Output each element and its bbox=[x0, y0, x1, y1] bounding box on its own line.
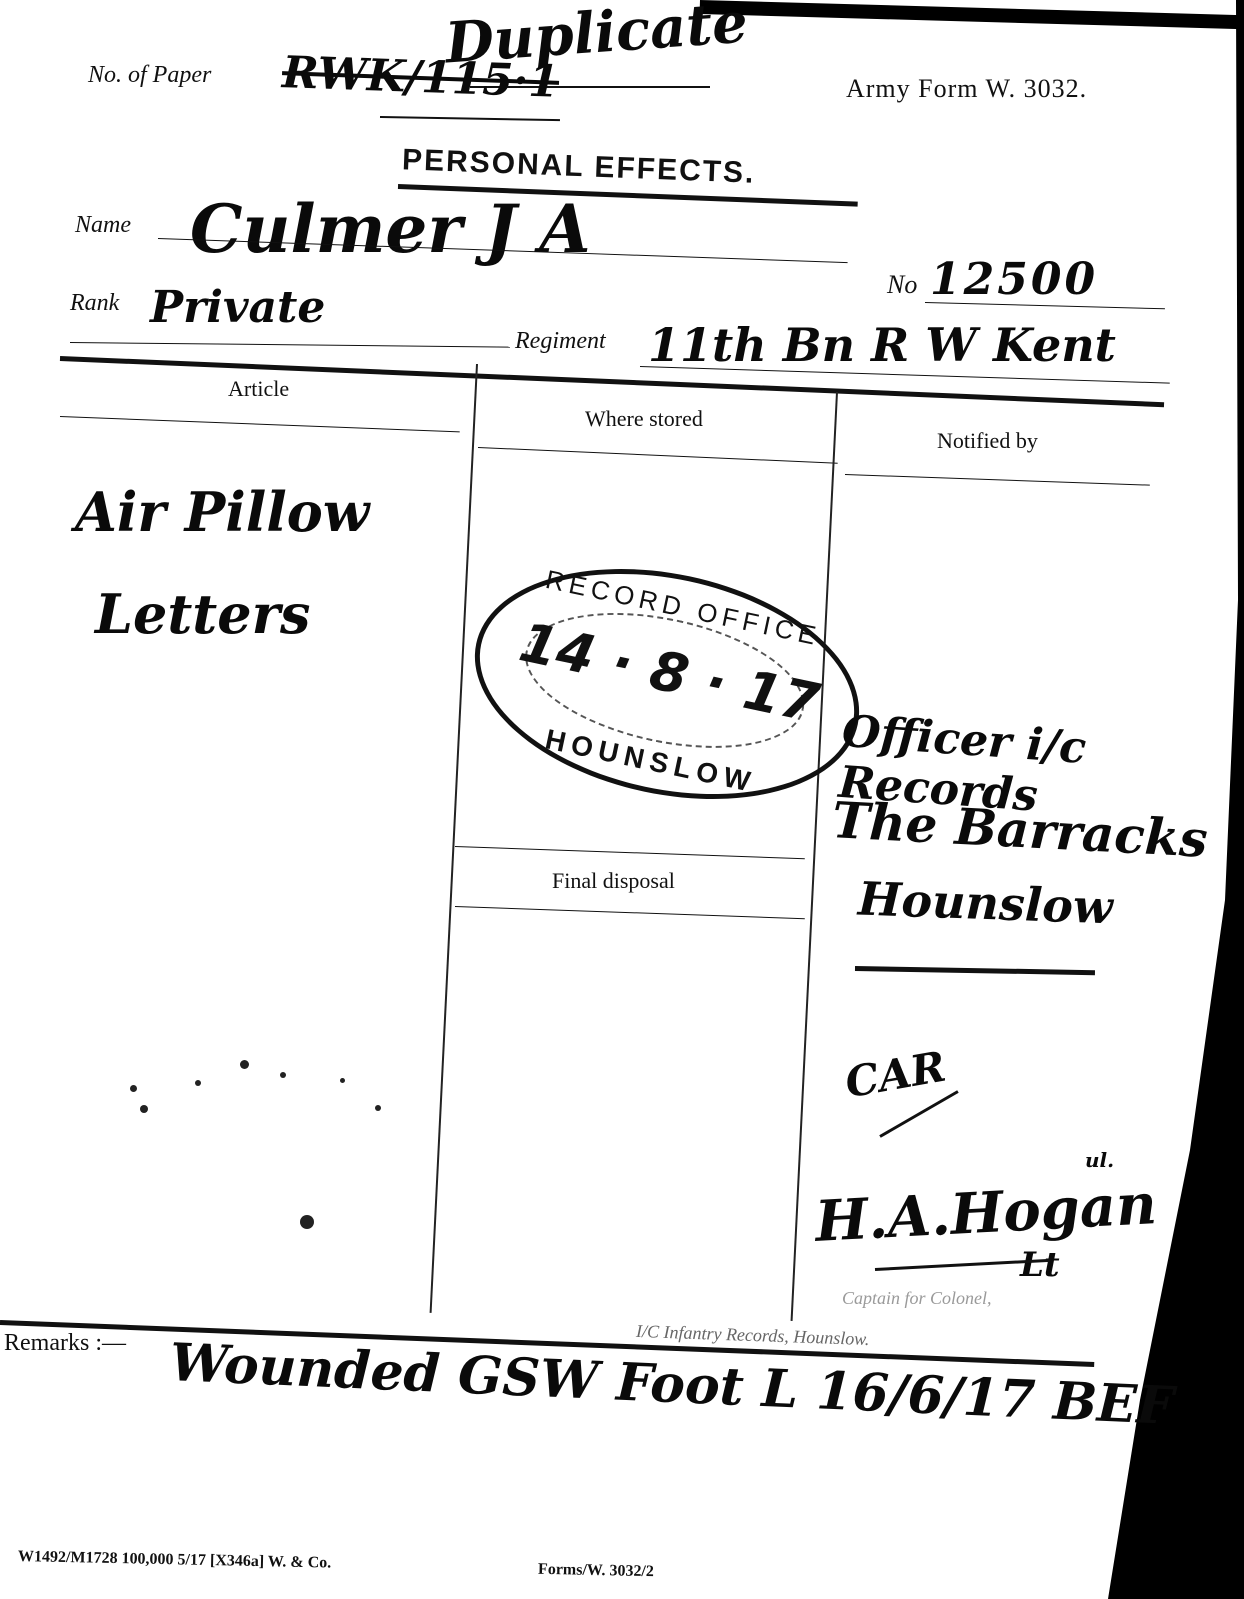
ink-speck bbox=[300, 1215, 314, 1229]
number-label: No bbox=[887, 270, 917, 300]
paper-no-underline bbox=[380, 116, 560, 121]
ink-speck bbox=[280, 1072, 286, 1078]
ink-speck bbox=[375, 1105, 381, 1111]
header-notified-by: Notified by bbox=[937, 428, 1038, 454]
article-header-line bbox=[60, 416, 460, 432]
column-divider-1 bbox=[430, 364, 478, 1313]
footer-forms-ref: Forms/W. 3032/2 bbox=[538, 1561, 654, 1581]
ink-speck bbox=[195, 1080, 201, 1086]
ink-speck bbox=[240, 1060, 249, 1069]
ink-speck bbox=[340, 1078, 345, 1083]
column-divider-2 bbox=[791, 392, 838, 1321]
paper-no-label: No. of Paper bbox=[88, 62, 211, 89]
notified-by-line: Hounslow bbox=[857, 872, 1113, 935]
form-id: Army Form W. 3032. bbox=[846, 74, 1087, 104]
name-value[interactable]: Culmer J A bbox=[190, 190, 591, 268]
footer-print-code: W1492/M1728 100,000 5/17 [X346a] W. & Co… bbox=[18, 1548, 332, 1573]
scan-edge-top bbox=[700, 0, 1244, 31]
final-disposal-bottom-line bbox=[455, 906, 805, 919]
article-item: Letters bbox=[95, 582, 310, 646]
signature-suffix: Lt bbox=[1020, 1245, 1060, 1285]
regiment-label: Regiment bbox=[515, 328, 606, 355]
name-label: Name bbox=[75, 212, 131, 239]
where-header-line bbox=[478, 447, 838, 464]
rank-line bbox=[70, 342, 510, 348]
header-final-disposal: Final disposal bbox=[552, 868, 675, 894]
page-title: PERSONAL EFFECTS. bbox=[401, 143, 756, 191]
record-office-stamp: RECORD OFFICE 14 · 8 · 17 HOUNSLOW bbox=[453, 536, 880, 832]
remarks-label: Remarks :— bbox=[4, 1330, 126, 1357]
rank-value[interactable]: Private bbox=[150, 282, 325, 333]
ink-speck bbox=[140, 1105, 148, 1113]
ink-speck bbox=[130, 1085, 137, 1092]
header-where-stored: Where stored bbox=[585, 406, 703, 432]
article-item: Air Pillow bbox=[75, 480, 369, 544]
paper-no-value[interactable]: RWK/115·1 bbox=[281, 47, 560, 108]
number-value[interactable]: 12500 bbox=[930, 254, 1098, 305]
signature: H.A.Hogan bbox=[814, 1171, 1159, 1255]
signature-note: ul. bbox=[1085, 1148, 1114, 1172]
rank-label: Rank bbox=[70, 290, 119, 317]
initials: CAR bbox=[842, 1042, 950, 1108]
header-article: Article bbox=[228, 376, 289, 402]
regiment-value[interactable]: 11th Bn R W Kent bbox=[648, 318, 1116, 372]
notified-header-line bbox=[845, 474, 1150, 486]
notified-by-underline bbox=[855, 966, 1095, 975]
signature-printed-line1: Captain for Colonel, bbox=[842, 1288, 992, 1309]
final-disposal-top-line bbox=[455, 846, 805, 859]
